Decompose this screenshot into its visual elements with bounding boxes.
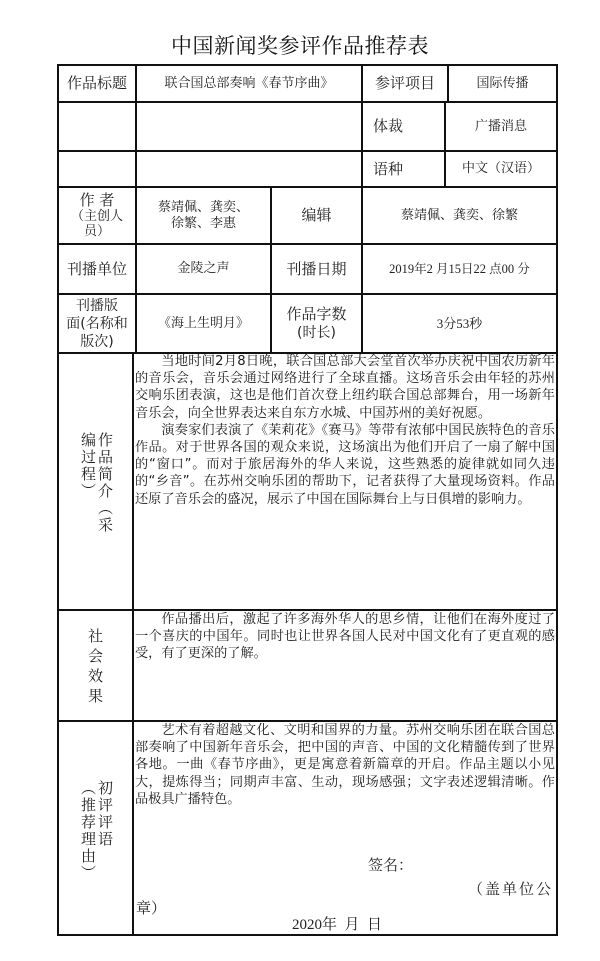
signature-label: 签名： (368, 854, 413, 875)
seal-text-line1: （盖单位公 (468, 878, 553, 899)
section-value: 《海上生明月》 (137, 295, 270, 352)
intro-paragraph-1: 当地时间2月8日晚，联合国总部大会堂首次举办庆祝中国农历新年的音乐会，音乐会通过… (135, 353, 555, 422)
social-effect-paragraph-1: 作品播出后，激起了许多海外华人的思乡情，让他们在海外度过了一个喜庆的中国年。同时… (135, 611, 555, 663)
author-value-line2: 徐繁、李惠 (171, 216, 236, 232)
col-divider (132, 352, 134, 936)
publish-date-label: 刊播日期 (272, 245, 361, 293)
section-label: 刊播版 面(名称和 版次) (59, 295, 135, 352)
recommendation-paragraph-1: 艺术有着超越文化、文明和国界的力量。苏州交响乐团在联合国总部奏响了中国新年音乐会… (135, 722, 555, 808)
work-title-value: 联合国总部奏响《春节序曲》 (137, 66, 361, 101)
section-label-line1: 刊播版 (76, 297, 118, 315)
intro-label: 作品简介（采编过程） (79, 432, 113, 542)
publisher-label: 刊播单位 (59, 245, 135, 293)
social-effect-text: 作品播出后，激起了许多海外华人的思乡情，让他们在海外度过了一个喜庆的中国年。同时… (135, 611, 555, 663)
length-label: 作品字数 (时长) (272, 295, 361, 352)
category-value: 国际传播 (449, 66, 556, 101)
author-label-line2: （主创人 (71, 209, 123, 224)
intro-paragraph-2: 演奏家们表演了《茉莉花》《赛马》等带有浓郁中国民族特色的音乐作品。对于世界各国的… (135, 422, 555, 508)
length-label-line2: (时长) (297, 324, 336, 343)
category-label: 参评项目 (363, 66, 447, 101)
language-value: 中文（汉语） (446, 152, 556, 186)
editor-value: 蔡靖佩、龚奕、徐繁 (363, 188, 556, 243)
table-border-right (556, 64, 558, 936)
length-value: 3分53秒 (363, 295, 556, 352)
author-value: 蔡靖佩、龚奕、 徐繁、李惠 (137, 188, 270, 243)
section-label-line2: 面(名称和 (66, 315, 127, 333)
social-effect-label: 社会效果 (86, 628, 103, 708)
page-title: 中国新闻奖参评作品推荐表 (0, 30, 600, 60)
recommendation-text: 艺术有着超越文化、文明和国界的力量。苏州交响乐团在联合国总部奏响了中国新年音乐会… (135, 722, 555, 808)
author-value-line1: 蔡靖佩、龚奕、 (158, 200, 249, 216)
publish-date-value: 2019年2 月15日22 点00 分 (363, 245, 556, 293)
recommendation-label: 初评评语（推荐理由） (79, 780, 113, 880)
seal-text-line2: 章） (136, 897, 166, 918)
author-label-line1: 作 者 (80, 192, 115, 209)
work-title-label: 作品标题 (59, 66, 135, 101)
intro-text: 当地时间2月8日晚，联合国总部大会堂首次举办庆祝中国农历新年的音乐会，音乐会通过… (135, 353, 555, 508)
section-label-line3: 版次) (80, 333, 113, 351)
recommendation-date: 2020年 月 日 (292, 913, 382, 934)
editor-label: 编辑 (272, 188, 361, 243)
author-label: 作 者 （主创人 员） (59, 188, 135, 243)
language-label: 语种 (363, 152, 444, 186)
publisher-value: 金陵之声 (137, 245, 270, 293)
author-label-line3: 员） (84, 224, 110, 239)
genre-label: 体裁 (363, 103, 444, 150)
length-label-line1: 作品字数 (286, 305, 346, 324)
genre-value: 广播消息 (446, 103, 556, 150)
